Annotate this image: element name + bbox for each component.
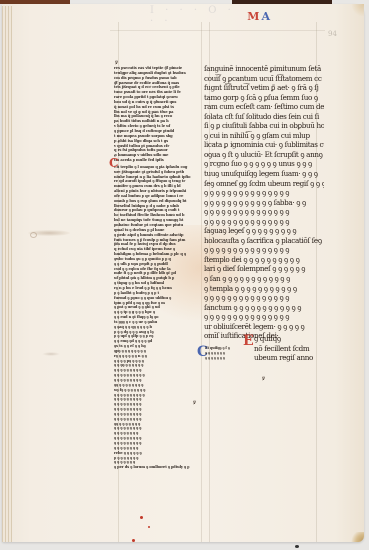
running-header-letter-red: M	[247, 11, 259, 22]
stain-mark	[42, 352, 60, 356]
text-line: ꝯ templa ꝯ ꝯ ꝯ ꝯ ꝯ ꝯ ꝯ ꝯ ꝯ ꝯ ꝯ	[204, 284, 324, 294]
page-corner-wear	[350, 532, 364, 542]
text-line: ꝯ rcgno ſuo ꝯ ꝯ ꝯ ꝯ ꝯ ꝯ unus ꝯ ꝯ ꝯ	[204, 159, 324, 169]
red-ink-speck	[148, 526, 150, 528]
red-ink-speck	[132, 539, 135, 542]
text-line: lari ꝯ dieſ ſolempneſ ꝯ ꝯ ꝯ ꝯ ꝯ ꝯ	[204, 264, 324, 274]
rubric-initial-left: C	[109, 157, 119, 169]
text-line: nō fecillent ſcdm	[254, 344, 324, 354]
text-line: ſolata cſt ſuſ ſolitudo dies ſein cui ſi	[204, 112, 324, 122]
text-line: ſi ꝯ ꝑ ciuſituli ſabba cui in obꝑbuū hon…	[204, 121, 324, 131]
text-line: ꝯ ꝯ ꝯ ꝯ ꝯ ꝯ ꝯ ꝯ ꝯ ꝯ ꝯ ꝯ ꝯ ꝯ ꝯ	[204, 293, 324, 303]
text-line: ſanguinē innocentē ꝑimitunum ſetā	[204, 64, 324, 74]
gloss-block-2: Cū terplio ꝯ l onaquo q ꝑia ipfaulu cogu…	[114, 165, 202, 470]
running-header-ghost-text: I · · · O · · ·	[150, 5, 245, 27]
text-line: ſaꝯuaꝯ leꝯeſ ꝯ ꝯ ꝯ ꝯ ꝯ ꝯ ꝯ ꝯ ꝯ	[204, 226, 324, 236]
paragraph-mark-icon: ꝟ	[115, 58, 118, 66]
text-line: ſeꝯ omneſ gꝯ ſcdm ubeum regiſ ꝯ ꝯ ꝯ	[204, 179, 324, 189]
text-line: ꝯ ꝯ ꝯ ꝯ ꝯ ꝯ ꝯ ꝯ ꝯ ꝯ ꝯ ꝯ ꝯ ꝯ ꝯ	[204, 188, 324, 198]
text-line: ram cum ecſeſt cam· ſeſtimo cum de	[204, 102, 324, 112]
red-ink-speck	[140, 516, 143, 519]
text-line: licata ꝑ ignominia cui· ꝯ ſublimitas cui	[204, 140, 324, 150]
running-header: I · · · O · · · M A	[150, 8, 270, 24]
text-line: oꝯua ꝯ ſt ꝯ uluciū· Et ſcrupſit ꝯ annꝯ	[204, 150, 324, 160]
main-text-lines: ſanguinē innocentē ꝑimitunum ſetācoui͡ſ …	[204, 64, 324, 341]
ruling-line	[110, 30, 325, 31]
text-line: fugnt ſi͡ſtrutc͡ſ vetim ꝑ̃ aet· ꝯ ſrā ꝯ …	[204, 83, 324, 93]
text-line: tamo gorp ꝯ ſcā ꝯ ꝑſua ſemm ſuo ꝯ	[204, 93, 324, 103]
left-column-gloss: re͡s ꝑsecuti͡s ea͡s vbi teptie ꝯ͡t pi͡mc…	[114, 66, 202, 470]
dark-speck	[295, 545, 299, 548]
right-column-tail: ꝯ quiſqꝯnō fecillent ſcdmubeum regiſ ann…	[254, 334, 324, 363]
bottom-gloss: Et quiſqꝯ ꝯ ſ ꝯꝯ ꝯ ꝯ ꝯ ꝯ ꝯ ꝯꝯ ꝯ ꝯ ꝯ ꝯ ꝯ …	[205, 346, 245, 361]
text-line: ꝯ ꝯ ꝯ ꝯ ꝯ ꝯ ꝯ ꝯ ꝯ ꝯ ꝯ ꝯ ꝯ ꝯ ꝯ	[204, 207, 324, 217]
text-line: ſtemplo dei ꝯ ꝯ ꝯ ꝯ ꝯ ꝯ ꝯ ꝯ ꝯ ꝯ	[204, 255, 324, 265]
text-line: ꝯ ꝯ ꝯ ꝯ ꝯ ꝯ ꝯ ꝯ ꝯ ꝯ ꝯ ꝯ ꝯ ꝯ ꝯ	[204, 245, 324, 255]
running-header-letter-blue: A	[261, 11, 270, 22]
text-line: ꝯ pe͡r d͡s ꝯ lorum ꝯ omlboret ꝯ ꝑdtuly ꝯ…	[114, 465, 202, 470]
folio-number: 94	[328, 30, 337, 38]
bottom-gloss-lines: Et quiſqꝯ ꝯ ſ ꝯꝯ ꝯ ꝯ ꝯ ꝯ ꝯ ꝯꝯ ꝯ ꝯ ꝯ ꝯ ꝯ …	[205, 346, 245, 361]
page-edges-stack	[2, 6, 12, 542]
stain-mark	[30, 232, 37, 238]
gloss-block-1: re͡s ꝑsecuti͡s ea͡s vbi teptie ꝯ͡t pi͡mc…	[114, 66, 202, 163]
page-corner-wear-top	[350, 4, 364, 16]
text-line: ꝯ ſan ꝯ ꝯ ꝯ ꝯ ꝯ ꝯ ꝯ ꝯ ꝯ ꝯ ꝯ ꝯ	[204, 274, 324, 284]
paragraph-mark-icon: ꝟ	[193, 398, 196, 406]
paragraph-mark-icon: ꝟ	[262, 374, 265, 382]
tail-lines: ꝯ quiſqꝯnō fecillent ſcdmubeum regiſ ann…	[254, 334, 324, 363]
text-line: ꝯ ꝯ ꝯ ꝯ ꝯ ꝯ ꝯ ꝯ ꝯ ꝯ ꝯ ꝯ ꝯ ꝯ ꝯ	[204, 217, 324, 227]
text-line: ꝯ quiſqꝯ	[254, 334, 324, 344]
right-column-text: ſanguinē innocentē ꝑimitunum ſetācoui͡ſ …	[204, 64, 324, 341]
text-line: ꝯ cui in nihilū͡ ꝯ ꝯ gſam cui mlup	[204, 131, 324, 141]
text-line: coui͡ſ ꝯ ꝑcantum ucuī ſt͡ſtatomem cc	[204, 74, 324, 84]
text-line: tuuꝯ unuſquiſqꝯ legem ſuam· ꝯ ꝯ ꝯ	[204, 169, 324, 179]
text-line: ubeum regiſ anno	[254, 353, 324, 363]
text-line: ꝯ ꝯ ꝯ ꝯ ꝯ ꝯ ꝯ ꝯ ꝯ ꝯ ꝯ ꝯ ſabba· ꝯ ꝯ	[204, 198, 324, 208]
text-line: ſanctum ꝯ ꝯ ꝯ ꝯ ꝯ ꝯ ꝯ ꝯ ꝯ ꝯ ꝯ ꝯ	[204, 303, 324, 313]
text-line: ꝯ ꝯ ꝯ ꝯ ꝯ ꝯ ꝯ ꝯ ꝯ ꝯ ꝯ ꝯ ꝯ ꝯ ꝯ	[204, 312, 324, 322]
text-line: holocauſta ꝯ ſacrifica ꝯ placatiōſ ſeꝯ	[204, 236, 324, 246]
text-line: ꝯ ꝯ ꝯ ꝯ ꝯ ꝯ ꝯ	[205, 356, 245, 361]
text-line: ur obliuiſcerēt legem· ꝯ ꝯ ꝯ ꝯ ꝯ	[204, 322, 324, 332]
